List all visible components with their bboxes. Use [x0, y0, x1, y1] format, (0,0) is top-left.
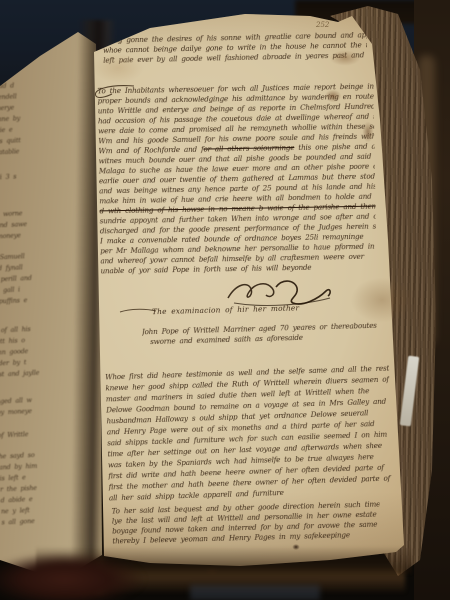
deposition-paragraph: Whoe first did heare testimonie as well … [105, 363, 393, 504]
handwritten-line: s all gone [1, 514, 75, 528]
section-heading-text: The examinacion of hir her mother [152, 303, 322, 317]
handwritten-line: er ratablie [0, 145, 60, 159]
handwritten-line: d moneye [0, 228, 63, 242]
closing-paragraph: To her said last bequest and by other go… [112, 499, 381, 546]
manuscript-photograph: he said dm wendellof eueryes sonne byfin… [0, 0, 450, 600]
cloth-background [190, 585, 320, 600]
deponent-heading: John Pope of Writtell Marriner aged 70 y… [142, 321, 380, 348]
certificate-paragraph: To the Inhabitants wheresoeuer for wch a… [97, 82, 376, 277]
handwritten-line: of Writtle [0, 427, 72, 441]
handwritten-line: s puffins e [0, 293, 66, 307]
page-number: 252 [316, 21, 329, 29]
handwritten-line: by moneye [0, 404, 71, 418]
book-clasp-shadow [0, 552, 145, 600]
handwritten-line: est and jaylle [0, 366, 69, 380]
left-page-line-fragments: he said dm wendellof eueryes sonne byfin… [0, 79, 76, 529]
handwritten-line: 25 li 3 s [0, 170, 61, 184]
section-heading: The examinacion of hir her mother [152, 303, 322, 317]
intro-paragraph: being gonne the desires of his sonne wit… [103, 30, 368, 66]
